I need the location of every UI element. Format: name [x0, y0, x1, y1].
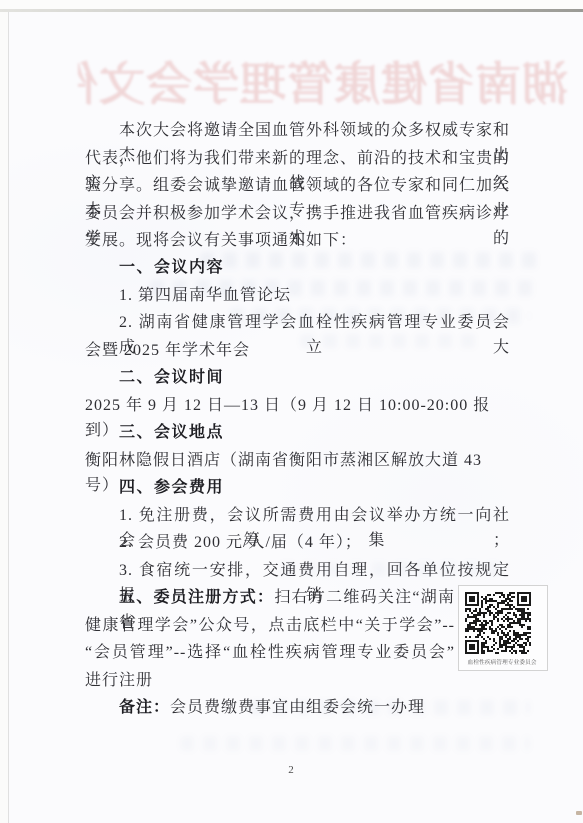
fee-item-3: 3. 食宿统一安排，交通费用自理，回各单位按规定报销。 — [119, 558, 510, 585]
section-heading-4-fees: 四、参会费用 — [119, 475, 510, 502]
fee-item-2: 2. 会员费 200 元/人/届（4 年）； — [119, 530, 510, 557]
intro-paragraph-line: 发展。现将会议有关事项通知如下： — [85, 228, 510, 255]
bleed-through-smudge — [180, 736, 530, 751]
section-heading-1-content: 一、会议内容 — [119, 255, 510, 282]
qr-code — [465, 592, 531, 654]
scan-speck — [576, 811, 582, 815]
section-heading-5-registration-line: 五、委员注册方式：扫右方二维码关注“湖南省 — [119, 585, 455, 612]
remark-label: 备注： — [119, 699, 170, 716]
content-item-1: 1. 第四届南华血管论坛 — [119, 283, 510, 310]
fee-item-1: 1. 免注册费，会议所需费用由会议举办方统一向社会筹集； — [119, 503, 510, 530]
qr-code-caption: 血栓性疾病管理专业委员会 — [466, 658, 538, 666]
page-number: 2 — [0, 764, 583, 776]
bleed-through-letterhead: 湖南省健康管理学会文件 — [78, 50, 568, 118]
intro-paragraph-line: 代表，他们将为我们带来新的理念、前沿的技术和宝贵的实战经 — [85, 146, 510, 173]
remark-text: 会员费缴费事宜由组委会统一办理 — [170, 699, 425, 716]
registration-instructions-line: 进行注册 — [85, 668, 510, 695]
intro-paragraph-line: 验分享。组委会诚挚邀请血管领域的各位专家和同仁加入本专业 — [85, 173, 510, 200]
content-item-2-continued: 会暨 2025 年学术年会 — [85, 338, 510, 365]
intro-paragraph-line: 委员会并积极参加学术会议，携手推进我省血管疾病诊疗学术的 — [85, 201, 510, 228]
scan-edge-top — [0, 0, 583, 9]
section-heading-2-time: 二、会议时间 — [119, 365, 510, 392]
section-heading-3-venue: 三、会议地点 — [119, 420, 510, 447]
registration-instructions-line: “会员管理”--选择“血栓性疾病管理专业委员会” — [85, 640, 455, 667]
scan-edge-left — [8, 12, 9, 823]
section-heading-5-label: 五、委员注册方式： — [119, 589, 274, 606]
meeting-venue-line: 衡阳林隐假日酒店（湖南省衡阳市蒸湘区解放大道 43 号） — [85, 448, 510, 475]
meeting-time-line: 2025 年 9 月 12 日—13 日（9 月 12 日 10:00-20:0… — [85, 393, 510, 420]
remark-line: 备注：会员费缴费事宜由组委会统一办理 — [119, 695, 510, 722]
content-item-2: 2. 湖南省健康管理学会血栓性疾病管理专业委员会成立大 — [119, 310, 510, 337]
registration-instructions-line: 健康管理学会”公众号，点击底栏中“关于学会”-- — [85, 613, 455, 640]
intro-paragraph-line: 本次大会将邀请全国血管外科领域的众多权威专家和杰出 — [119, 118, 510, 145]
